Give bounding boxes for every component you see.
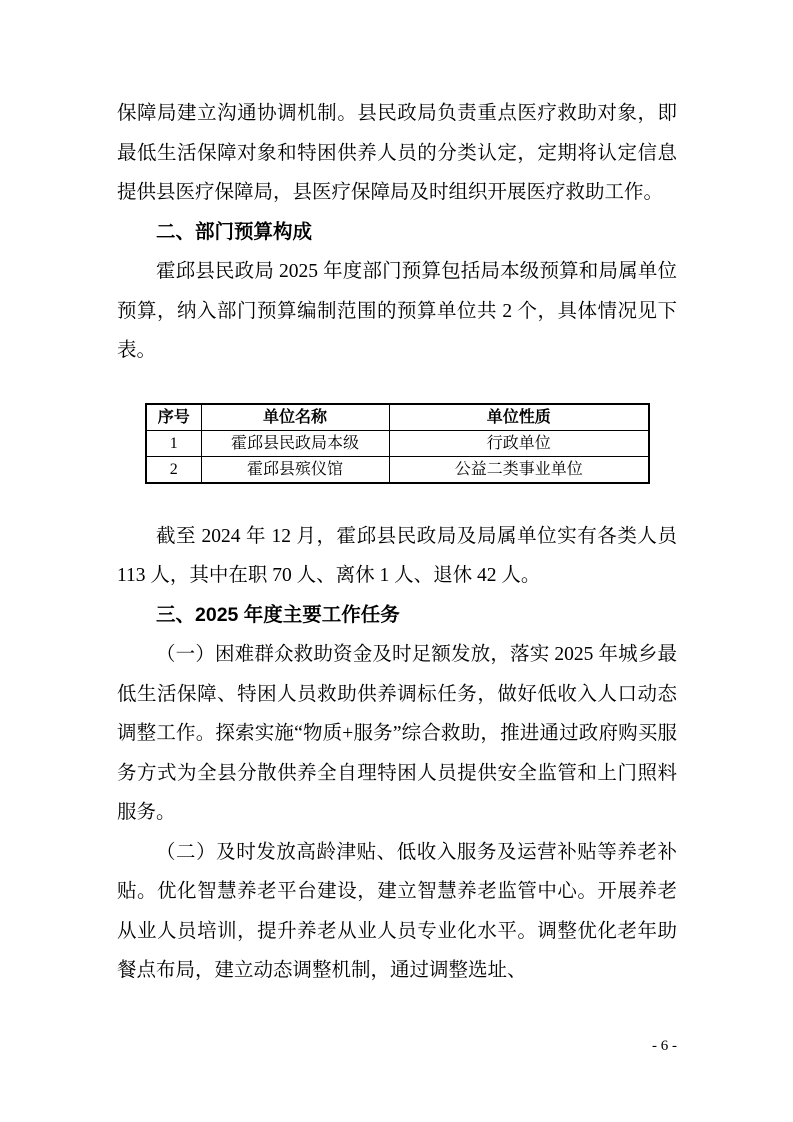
- table-cell-unit-name: 霍邱县民政局本级: [201, 430, 389, 456]
- paragraph-task-two: （二）及时发放高龄津贴、低收入服务及运营补贴等养老补贴。优化智慧养老平台建设，建…: [117, 833, 677, 991]
- table-header-row: 序号 单位名称 单位性质: [146, 404, 649, 431]
- table-cell-index: 2: [146, 456, 201, 483]
- document-page: 保障局建立沟通协调机制。县民政局负责重点医疗救助对象，即最低生活保障对象和特困供…: [0, 0, 793, 1122]
- paragraph-medical-assistance: 保障局建立沟通协调机制。县民政局负责重点医疗救助对象，即最低生活保障对象和特困供…: [117, 94, 677, 213]
- budget-units-table-wrapper: 序号 单位名称 单位性质 1 霍邱县民政局本级 行政单位 2 霍邱县殡仪馆 公益…: [145, 403, 677, 484]
- paragraph-budget-composition: 霍邱县民政局 2025 年度部门预算包括局本级预算和局属单位预算，纳入部门预算编…: [117, 252, 677, 371]
- document-content: 保障局建立沟通协调机制。县民政局负责重点医疗救助对象，即最低生活保障对象和特困供…: [117, 94, 677, 991]
- budget-units-table: 序号 单位名称 单位性质 1 霍邱县民政局本级 行政单位 2 霍邱县殡仪馆 公益…: [145, 403, 650, 484]
- table-header-index: 序号: [146, 404, 201, 431]
- table-header-unit-name: 单位名称: [201, 404, 389, 431]
- table-cell-unit-type: 公益二类事业单位: [389, 456, 649, 483]
- section-heading-main-tasks: 三、2025 年度主要工作任务: [117, 596, 677, 636]
- table-cell-unit-name: 霍邱县殡仪馆: [201, 456, 389, 483]
- paragraph-task-one: （一）困难群众救助资金及时足额发放，落实 2025 年城乡最低生活保障、特困人员…: [117, 635, 677, 833]
- page-number: - 6 -: [652, 1036, 677, 1056]
- table-cell-index: 1: [146, 430, 201, 456]
- table-cell-unit-type: 行政单位: [389, 430, 649, 456]
- section-heading-budget-composition: 二、部门预算构成: [117, 213, 677, 253]
- table-row: 2 霍邱县殡仪馆 公益二类事业单位: [146, 456, 649, 483]
- paragraph-staff-count: 截至 2024 年 12 月，霍邱县民政局及局属单位实有各类人员 113 人，其…: [117, 517, 677, 596]
- table-row: 1 霍邱县民政局本级 行政单位: [146, 430, 649, 456]
- table-header-unit-type: 单位性质: [389, 404, 649, 431]
